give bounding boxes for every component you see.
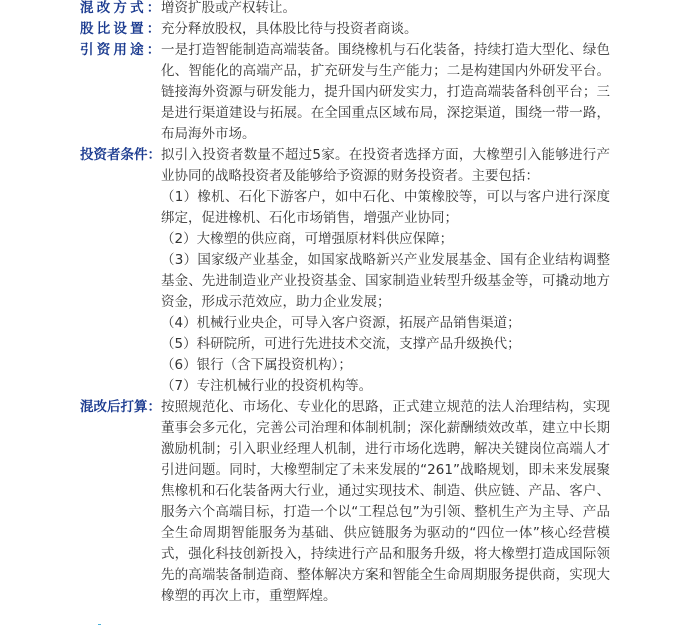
section-reform-method: 混改方式： 增资扩股或产权转让。 — [80, 0, 610, 19]
section-label: 混改方式： — [80, 0, 161, 19]
section-label: 投资者条件： — [80, 145, 161, 166]
section-label: 引资用途： — [80, 40, 161, 61]
section-content: 拟引入投资者数量不超过5家。在投资者选择方面，大橡塑引入能够进行产业协同的战略投… — [161, 145, 610, 397]
section-content: 按照规范化、市场化、专业化的思路，正式建立规范的法人治理结构，实现董事会多元化，… — [161, 397, 610, 607]
paragraph: 一是打造智能制造高端装备。围绕橡机与石化装备，持续打造大型化、绿色化、智能化的高… — [161, 40, 610, 145]
section-investor-conditions: 投资者条件： 拟引入投资者数量不超过5家。在投资者选择方面，大橡塑引入能够进行产… — [80, 145, 610, 397]
list-item: （3）国家级产业基金，如国家战略新兴产业发展基金、国有企业结构调整基金、先进制造… — [161, 250, 610, 313]
document-body: 混改方式： 增资扩股或产权转让。 股比设置： 充分释放股权，具体股比待与投资者商… — [80, 0, 610, 607]
section-label: 股比设置： — [80, 19, 161, 40]
list-item: （5）科研院所，可进行先进技术交流，支撑产品升级换代； — [161, 334, 610, 355]
list-item: （7）专注机械行业的投资机构等。 — [161, 376, 610, 397]
list-item: （6）银行（含下属投资机构）； — [161, 355, 610, 376]
section-content: 增资扩股或产权转让。 — [161, 0, 610, 19]
section-label: 混改后打算： — [80, 397, 161, 418]
paragraph: 按照规范化、市场化、专业化的思路，正式建立规范的法人治理结构，实现董事会多元化，… — [161, 397, 610, 607]
section-content: 充分释放股权，具体股比待与投资者商谈。 — [161, 19, 610, 40]
section-equity-setting: 股比设置： 充分释放股权，具体股比待与投资者商谈。 — [80, 19, 610, 40]
list-item: （2）大橡塑的供应商，可增强原材料供应保障； — [161, 229, 610, 250]
list-item: （1）橡机、石化下游客户，如中石化、中策橡胶等，可以与客户进行深度绑定，促进橡机… — [161, 187, 610, 229]
list-item: （4）机械行业央企，可导入客户资源，拓展产品销售渠道； — [161, 313, 610, 334]
paragraph: 拟引入投资者数量不超过5家。在投资者选择方面，大橡塑引入能够进行产业协同的战略投… — [161, 145, 610, 187]
decorative-mark — [98, 624, 101, 625]
section-post-reform-plan: 混改后打算： 按照规范化、市场化、专业化的思路，正式建立规范的法人治理结构，实现… — [80, 397, 610, 607]
paragraph: 增资扩股或产权转让。 — [161, 0, 610, 19]
paragraph: 充分释放股权，具体股比待与投资者商谈。 — [161, 19, 610, 40]
section-content: 一是打造智能制造高端装备。围绕橡机与石化装备，持续打造大型化、绿色化、智能化的高… — [161, 40, 610, 145]
section-funding-use: 引资用途： 一是打造智能制造高端装备。围绕橡机与石化装备，持续打造大型化、绿色化… — [80, 40, 610, 145]
